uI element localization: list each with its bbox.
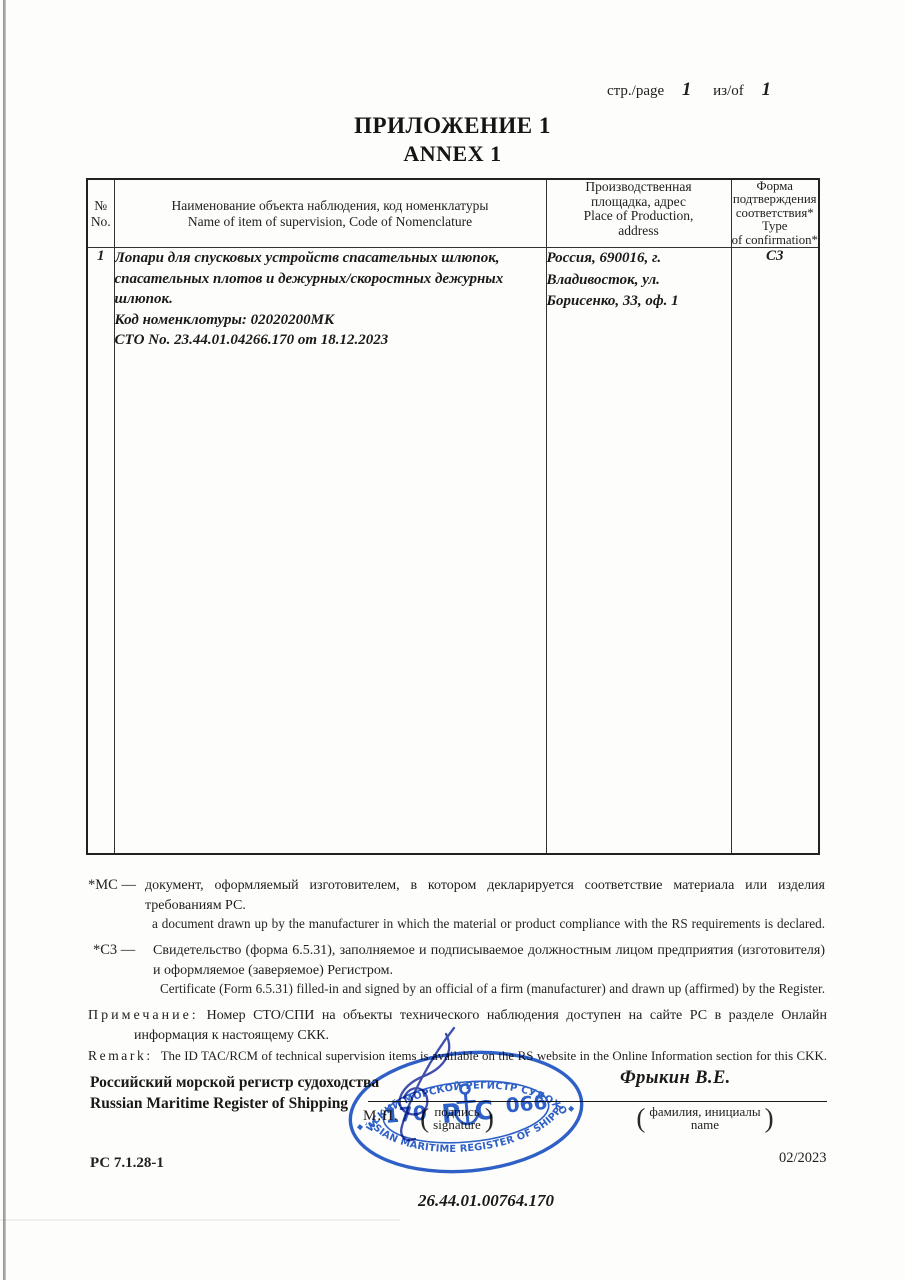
page-counter: стр./page 1 из/of 1	[607, 79, 771, 101]
footnote-mc-ru-line2: требованиям РС.	[145, 896, 825, 916]
signatory-name: Фрыкин В.Е.	[620, 1068, 731, 1089]
document-number: 26.44.01.00764.170	[418, 1191, 554, 1211]
page-number: 1	[682, 79, 692, 100]
row-number: 1	[87, 248, 114, 854]
footnote-c3: *С3 — Свидетельство (форма 6.5.31), запо…	[88, 941, 825, 999]
form-code: РС 7.1.28-1	[90, 1155, 164, 1172]
table-header-row: № No. Наименование объекта наблюдения, к…	[87, 179, 819, 248]
supervision-table: № No. Наименование объекта наблюдения, к…	[86, 178, 820, 855]
footnote-c3-en: Certificate (Form 6.5.31) filled-in and …	[153, 980, 825, 999]
of-label: из/of	[713, 83, 744, 99]
total-pages: 1	[762, 79, 772, 100]
col-header-confirmation-lines: Формаподтверждениясоответствия*Typeof co…	[732, 180, 819, 247]
remark-label-en: Remark:	[88, 1046, 153, 1066]
table-row: 1 Лопари для спусковых устройств спасате…	[87, 248, 819, 854]
col-header-confirmation: Формаподтверждениясоответствия*Typeof co…	[731, 179, 819, 248]
row-item-lines: Лопари для спусковых устройств спасатель…	[115, 248, 546, 351]
scan-artifact-bottom-smudge	[0, 1219, 400, 1221]
row-place-of-production: Россия, 690016, г.Владивосток, ул.Борисе…	[546, 248, 731, 854]
footnote-mc-ru-line1: документ, оформляемый изготовителем, в к…	[145, 876, 825, 896]
col-header-place-lines: Производственнаяплощадка, адресPlace of …	[547, 180, 731, 238]
name-caption: ( фамилия, инициалы name )	[626, 1103, 784, 1133]
note-label-ru: Примечание:	[88, 1006, 199, 1026]
col-header-item: Наименование объекта наблюдения, код ном…	[114, 179, 546, 248]
stamp-right-number: 066	[505, 1090, 549, 1118]
row-confirmation-type: С3	[731, 248, 819, 854]
footnote-mc-en: a document drawn up by the manufacturer …	[145, 915, 825, 934]
row-item-description: Лопари для спусковых устройств спасатель…	[114, 248, 546, 854]
name-caption-ru: фамилия, инициалы	[649, 1105, 760, 1119]
annex-title-en: ANNEX 1	[0, 141, 905, 167]
close-paren: )	[765, 1103, 774, 1133]
row-place-lines: Россия, 690016, г.Владивосток, ул.Борисе…	[547, 248, 731, 313]
footnote-c3-ru-line1: Свидетельство (форма 6.5.31), заполняемо…	[153, 941, 825, 961]
footnote-mc-label: *МС —	[88, 876, 145, 934]
col-header-number: № No.	[87, 179, 114, 248]
handwritten-signature	[358, 1022, 508, 1152]
form-date: 02/2023	[779, 1150, 827, 1167]
annex-title-ru: ПРИЛОЖЕНИЕ 1	[0, 113, 905, 139]
page-label: стр./page	[607, 83, 664, 99]
footnote-c3-label: *С3 —	[88, 941, 153, 999]
col-header-place: Производственнаяплощадка, адресPlace of …	[546, 179, 731, 248]
col-header-item-en: Name of item of supervision, Code of Nom…	[115, 214, 546, 230]
col-header-item-ru: Наименование объекта наблюдения, код ном…	[115, 198, 546, 214]
scanned-annex-document: стр./page 1 из/of 1 ПРИЛОЖЕНИЕ 1 ANNEX 1…	[0, 0, 905, 1280]
footnote-mc: *МС — документ, оформляемый изготовителе…	[88, 876, 825, 934]
open-paren: (	[636, 1103, 645, 1133]
col-header-number-ru: №	[88, 198, 114, 214]
scan-artifact-left-edge	[3, 0, 6, 1280]
col-header-number-en: No.	[88, 214, 114, 230]
note-text-ru-line1: Номер СТО/СПИ на объекты технического на…	[207, 1006, 827, 1026]
name-caption-en: name	[649, 1118, 760, 1132]
stamp-right-separator: ◆	[568, 1103, 576, 1113]
footnote-c3-ru-line2: и оформляемое (заверяемое) Регистром.	[153, 961, 825, 981]
